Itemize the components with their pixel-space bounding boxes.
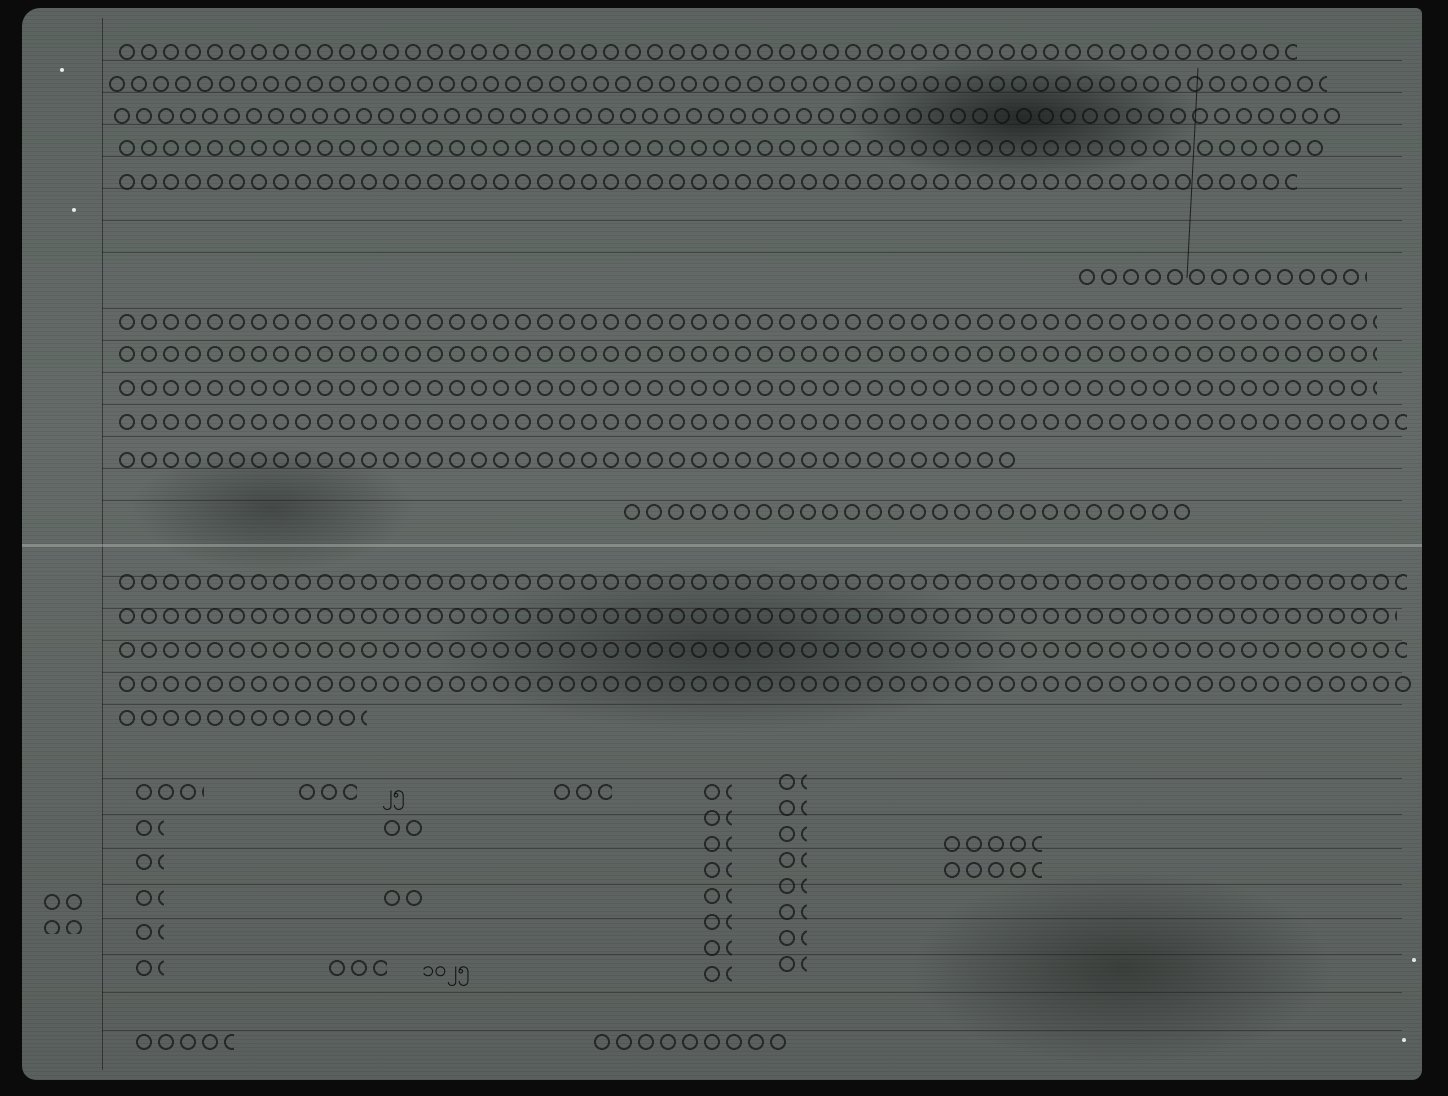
table-total-label <box>134 1028 234 1054</box>
table-cell <box>702 778 732 988</box>
ruled-line <box>102 220 1402 221</box>
ruled-line <box>102 848 1402 849</box>
table-cell <box>777 768 807 978</box>
ruled-line <box>102 404 1402 405</box>
table-cell <box>382 884 422 910</box>
table-cell: ၁၀၂၅ <box>422 954 470 987</box>
ruled-line <box>102 954 1402 955</box>
speck <box>60 68 64 72</box>
script-line <box>117 374 1377 400</box>
table-cell <box>297 778 357 804</box>
script-line <box>117 134 1327 160</box>
table-cell: ၂၅ <box>382 778 405 811</box>
ruled-line <box>102 884 1402 885</box>
script-line <box>117 602 1397 628</box>
left-margin-note <box>42 888 82 934</box>
ruled-line <box>102 436 1402 437</box>
script-line <box>117 168 1297 194</box>
script-line <box>107 70 1327 96</box>
table-row-label <box>134 814 164 840</box>
script-line <box>117 704 367 730</box>
script-line <box>117 308 1377 334</box>
table-cell <box>327 954 387 980</box>
script-line <box>117 446 1017 472</box>
ruled-line <box>102 252 1402 253</box>
script-line <box>117 38 1297 64</box>
table-row-label <box>134 848 164 874</box>
table-row-label <box>134 884 164 910</box>
table-cell <box>382 814 422 840</box>
right-annotation <box>1077 263 1367 285</box>
script-line <box>117 340 1377 366</box>
script-line <box>112 102 1342 128</box>
table-row-label <box>134 778 204 804</box>
ruled-line <box>102 992 1402 993</box>
table-total-value <box>592 1028 792 1054</box>
table-row-label <box>134 918 164 944</box>
signature <box>942 830 1042 880</box>
script-line <box>117 636 1407 662</box>
ruled-line <box>102 918 1402 919</box>
table-cell <box>552 778 612 804</box>
speck <box>1412 958 1416 962</box>
ruled-line <box>102 814 1402 815</box>
speck <box>1402 1038 1406 1042</box>
manuscript-slate: ၂၅ ၁၀၂၅ <box>22 8 1422 1080</box>
ruled-line <box>102 372 1402 373</box>
page-fold <box>22 544 1422 547</box>
table-row-label <box>134 954 164 980</box>
script-line <box>117 568 1407 594</box>
script-line <box>117 408 1407 434</box>
section-heading <box>622 498 1192 528</box>
script-line <box>117 670 1417 696</box>
speck <box>72 208 76 212</box>
